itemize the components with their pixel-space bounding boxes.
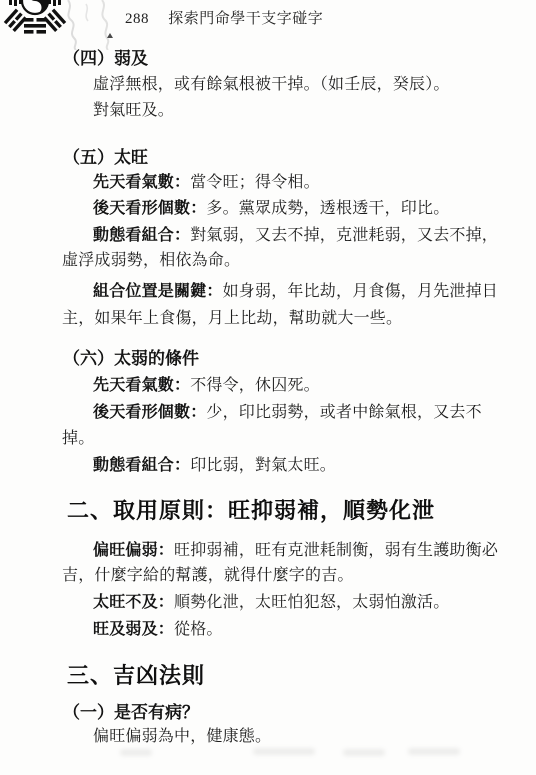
body-line: 先天看氣數：不得令，休囚死。 xyxy=(93,377,320,395)
chapter-3-heading: 三、吉凶法則 xyxy=(67,663,205,688)
body-line: 虛浮無根，或有餘氣根被干掉。（如壬辰，癸辰）。 xyxy=(93,76,450,94)
body-line: 先天看氣數：當令旺；得令相。 xyxy=(93,174,320,192)
book-title: 探索門命學干支字碰字 xyxy=(168,11,323,27)
section-5-heading: （五）太旺 xyxy=(63,148,148,168)
page-header: 288 探索門命學干支字碰字 xyxy=(125,7,323,28)
ink-speck-icon xyxy=(107,33,113,39)
chapter-2-heading: 二、取用原則：旺抑弱補，順勢化泄 xyxy=(67,498,435,523)
body-line: 後天看形個數：少，印比弱勢，或者中餘氣根，又去不 xyxy=(93,404,482,422)
book-page: 288 探索門命學干支字碰字 （四）弱及 虛浮無根，或有餘氣根被干掉。（如壬辰，… xyxy=(0,0,536,775)
body-line: 後天看形個數：多。黨眾成勢，透根透干，印比。 xyxy=(93,200,449,218)
section-6-heading: （六）太弱的條件 xyxy=(63,349,199,369)
subsection-1-heading: （一）是否有病？ xyxy=(63,703,199,723)
body-line: 動態看組合：對氣弱，又去不掉，克泄耗弱，又去不掉， xyxy=(93,227,498,245)
body-line: 主，如果年上食傷，月上比劫，幫助就大一些。 xyxy=(62,310,402,328)
bleedthrough-smudge xyxy=(120,749,152,756)
body-line: 組合位置是關鍵：如身弱，年比劫，月食傷，月先泄掉日 xyxy=(93,283,498,301)
body-line: 動態看組合：印比弱，對氣太旺。 xyxy=(93,457,336,475)
bleedthrough-smudge xyxy=(408,748,460,755)
body-line: 旺及弱及：從格。 xyxy=(93,621,223,639)
bleedthrough-smudge xyxy=(253,748,315,755)
body-line: 偏旺偏弱為中，健康態。 xyxy=(93,728,271,746)
body-line: 太旺不及：順勢化泄，太旺怕犯怒，太弱怕激活。 xyxy=(93,594,449,612)
body-line: 對氣旺及。 xyxy=(93,102,174,120)
bleedthrough-smudge xyxy=(343,749,385,756)
body-line: 虛浮成弱勢，相依為命。 xyxy=(62,252,240,270)
body-line: 偏旺偏弱：旺抑弱補，旺有克泄耗制衡，弱有生護助衡必 xyxy=(93,542,498,560)
page-number: 288 xyxy=(125,11,149,27)
watermark-squiggle xyxy=(56,0,126,50)
body-line: 掉。 xyxy=(62,430,94,448)
section-4-heading: （四）弱及 xyxy=(63,49,148,69)
body-line: 吉，什麼字給的幫護，就得什麼字的吉。 xyxy=(62,567,354,585)
